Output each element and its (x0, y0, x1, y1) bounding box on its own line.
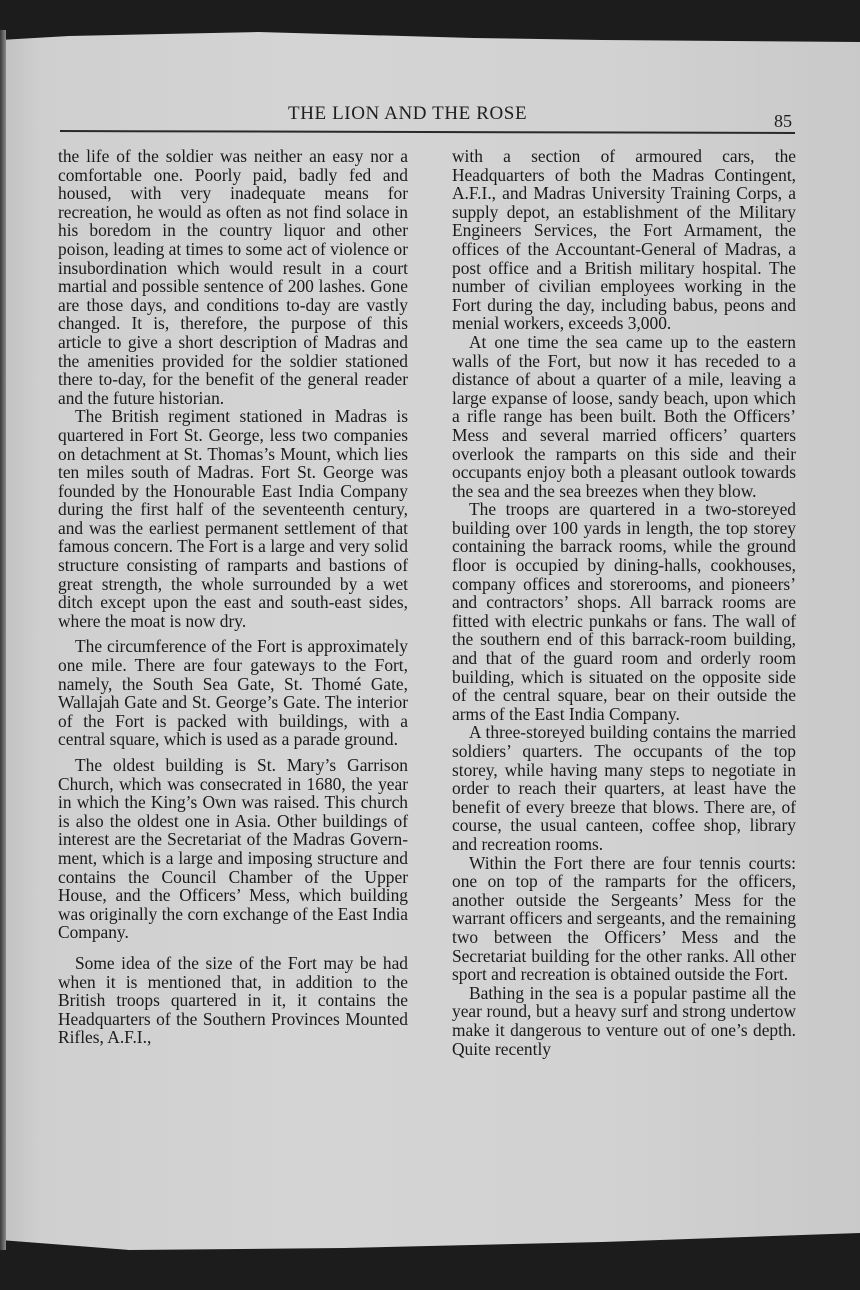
paragraph: Bathing in the sea is a popular pastime … (452, 984, 796, 1058)
paragraph: Some idea of the size of the Fort may be… (58, 954, 408, 1047)
paragraph: At one time the sea came up to the easte… (452, 333, 796, 500)
paragraph: Within the Fort there are four tennis co… (452, 854, 796, 984)
book-spine-edge (0, 30, 6, 1250)
page-number: 85 (774, 111, 792, 132)
running-title: THE LION AND THE ROSE (288, 103, 527, 125)
running-header: THE LION AND THE ROSE 85 (0, 103, 860, 133)
paragraph: The troops are quartered in a two-storey… (452, 500, 796, 723)
left-column: the life of the soldier was neither an e… (58, 147, 408, 1047)
paragraph: A three-storeyed building contains the m… (452, 723, 796, 853)
paragraph: The oldest building is St. Mary’s Garri­… (58, 756, 408, 942)
paragraph: The British regiment stationed in Madras… (58, 407, 408, 630)
paragraph: the life of the soldier was neither an e… (58, 147, 408, 407)
paragraph: with a section of armoured cars, the Hea… (452, 147, 796, 333)
paragraph: The circumference of the Fort is ap­prox… (58, 637, 408, 749)
right-column: with a section of armoured cars, the Hea… (452, 147, 796, 1058)
